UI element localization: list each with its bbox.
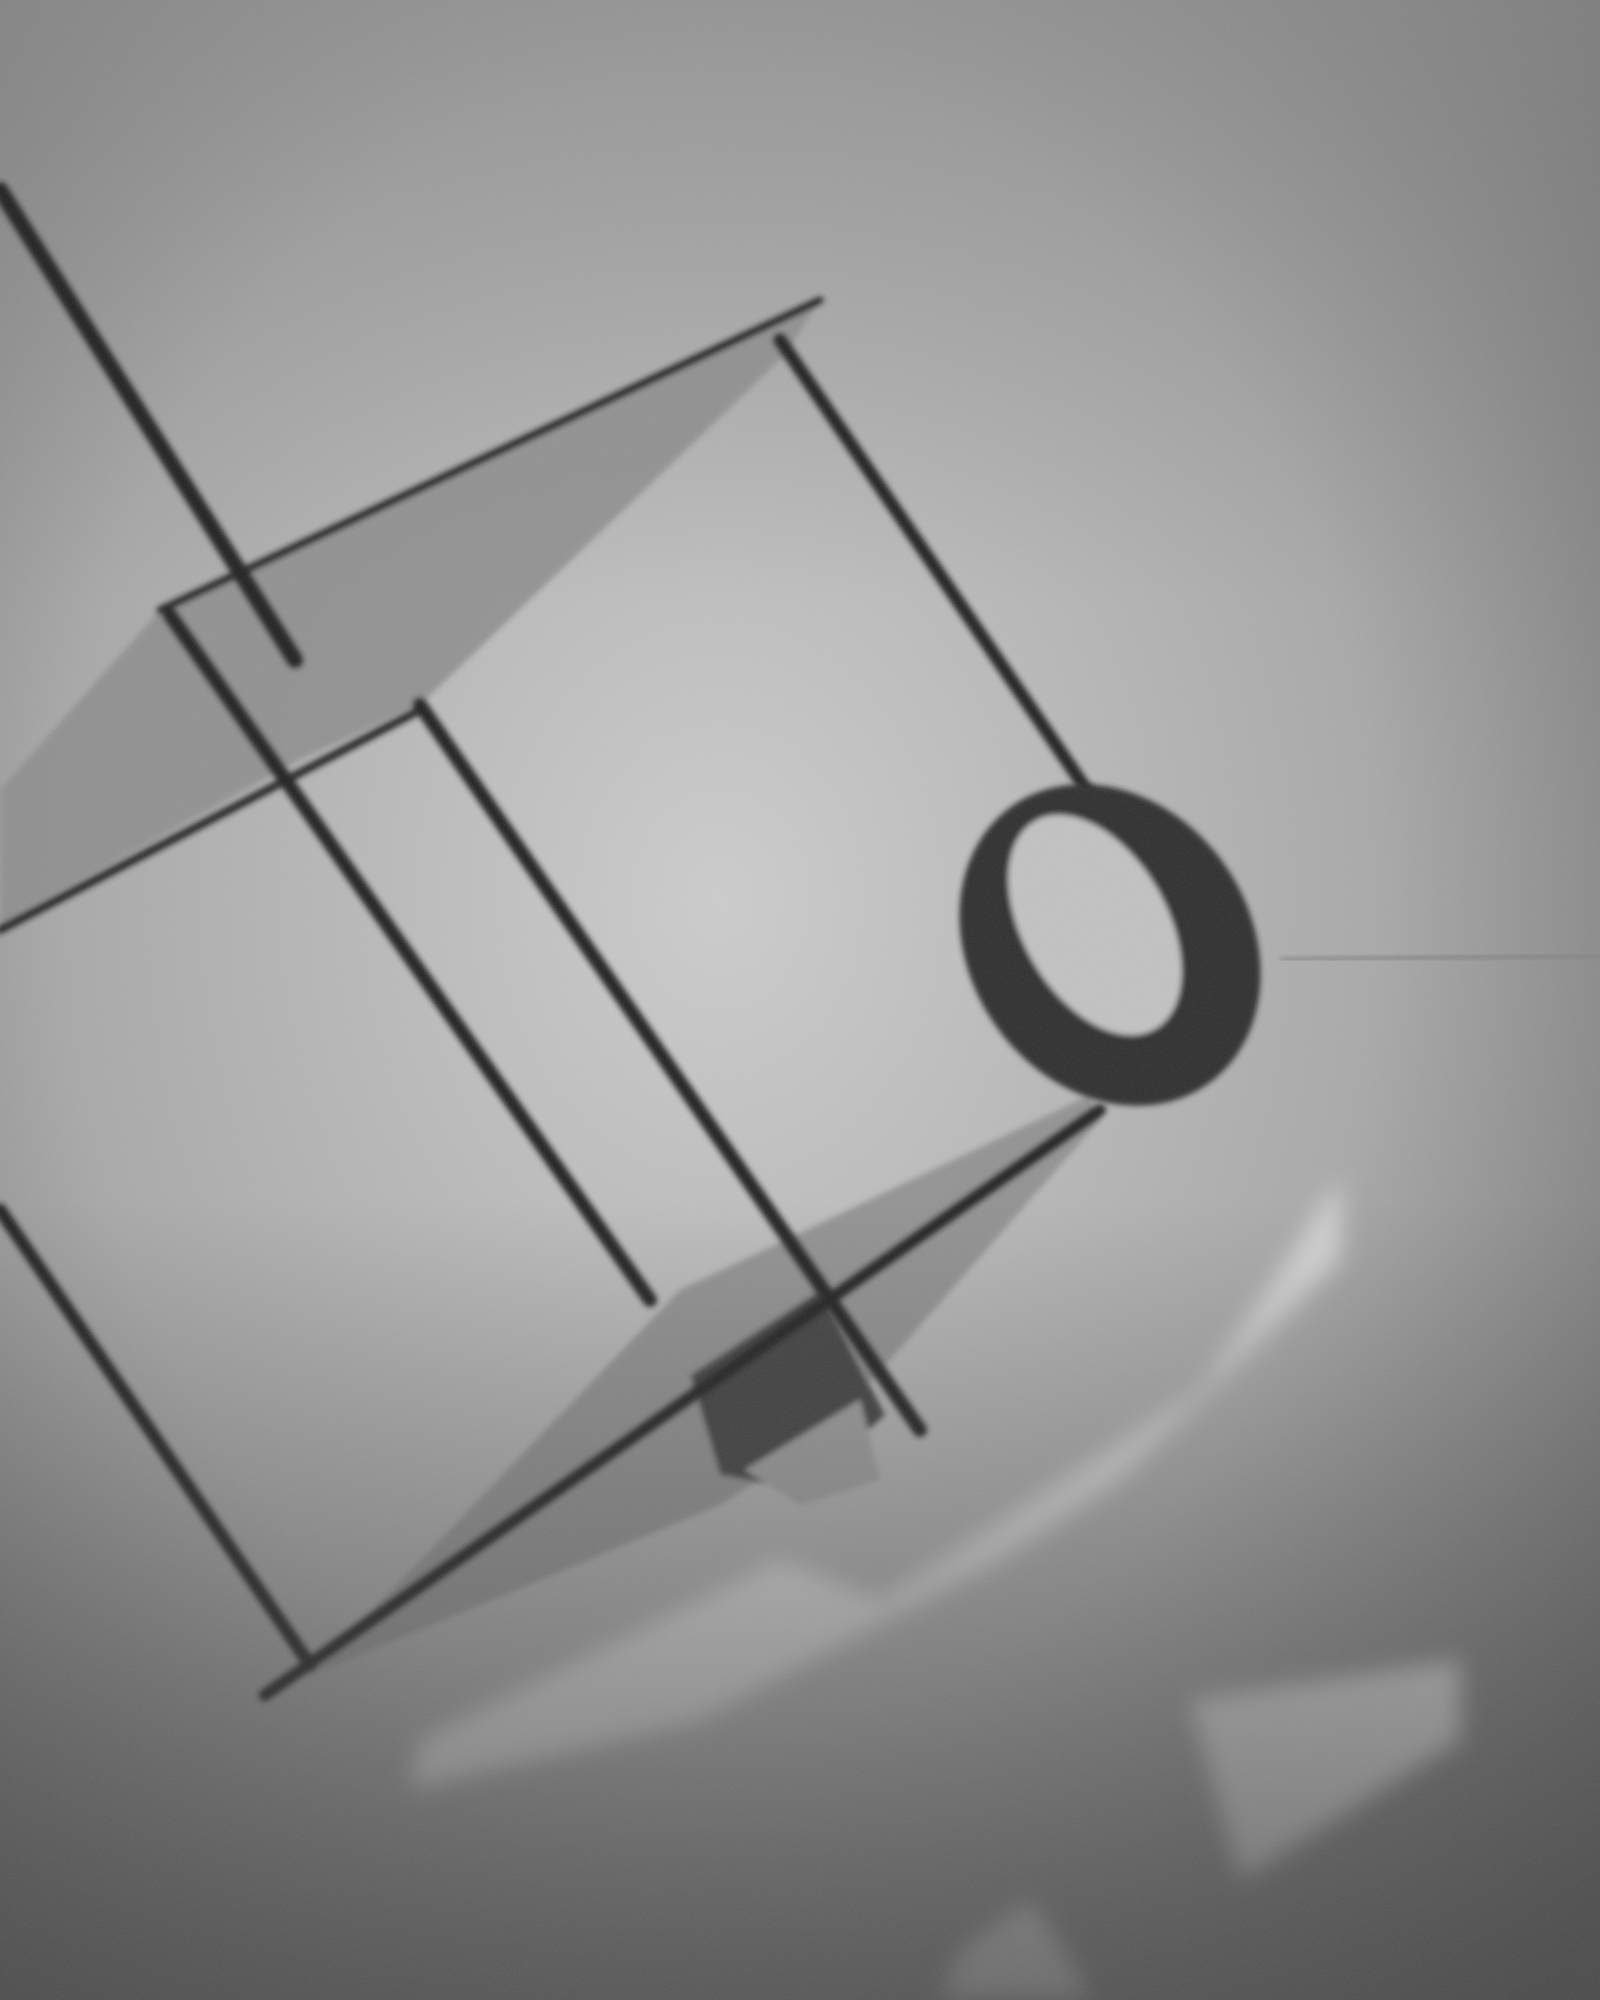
photograph <box>0 0 1600 2000</box>
